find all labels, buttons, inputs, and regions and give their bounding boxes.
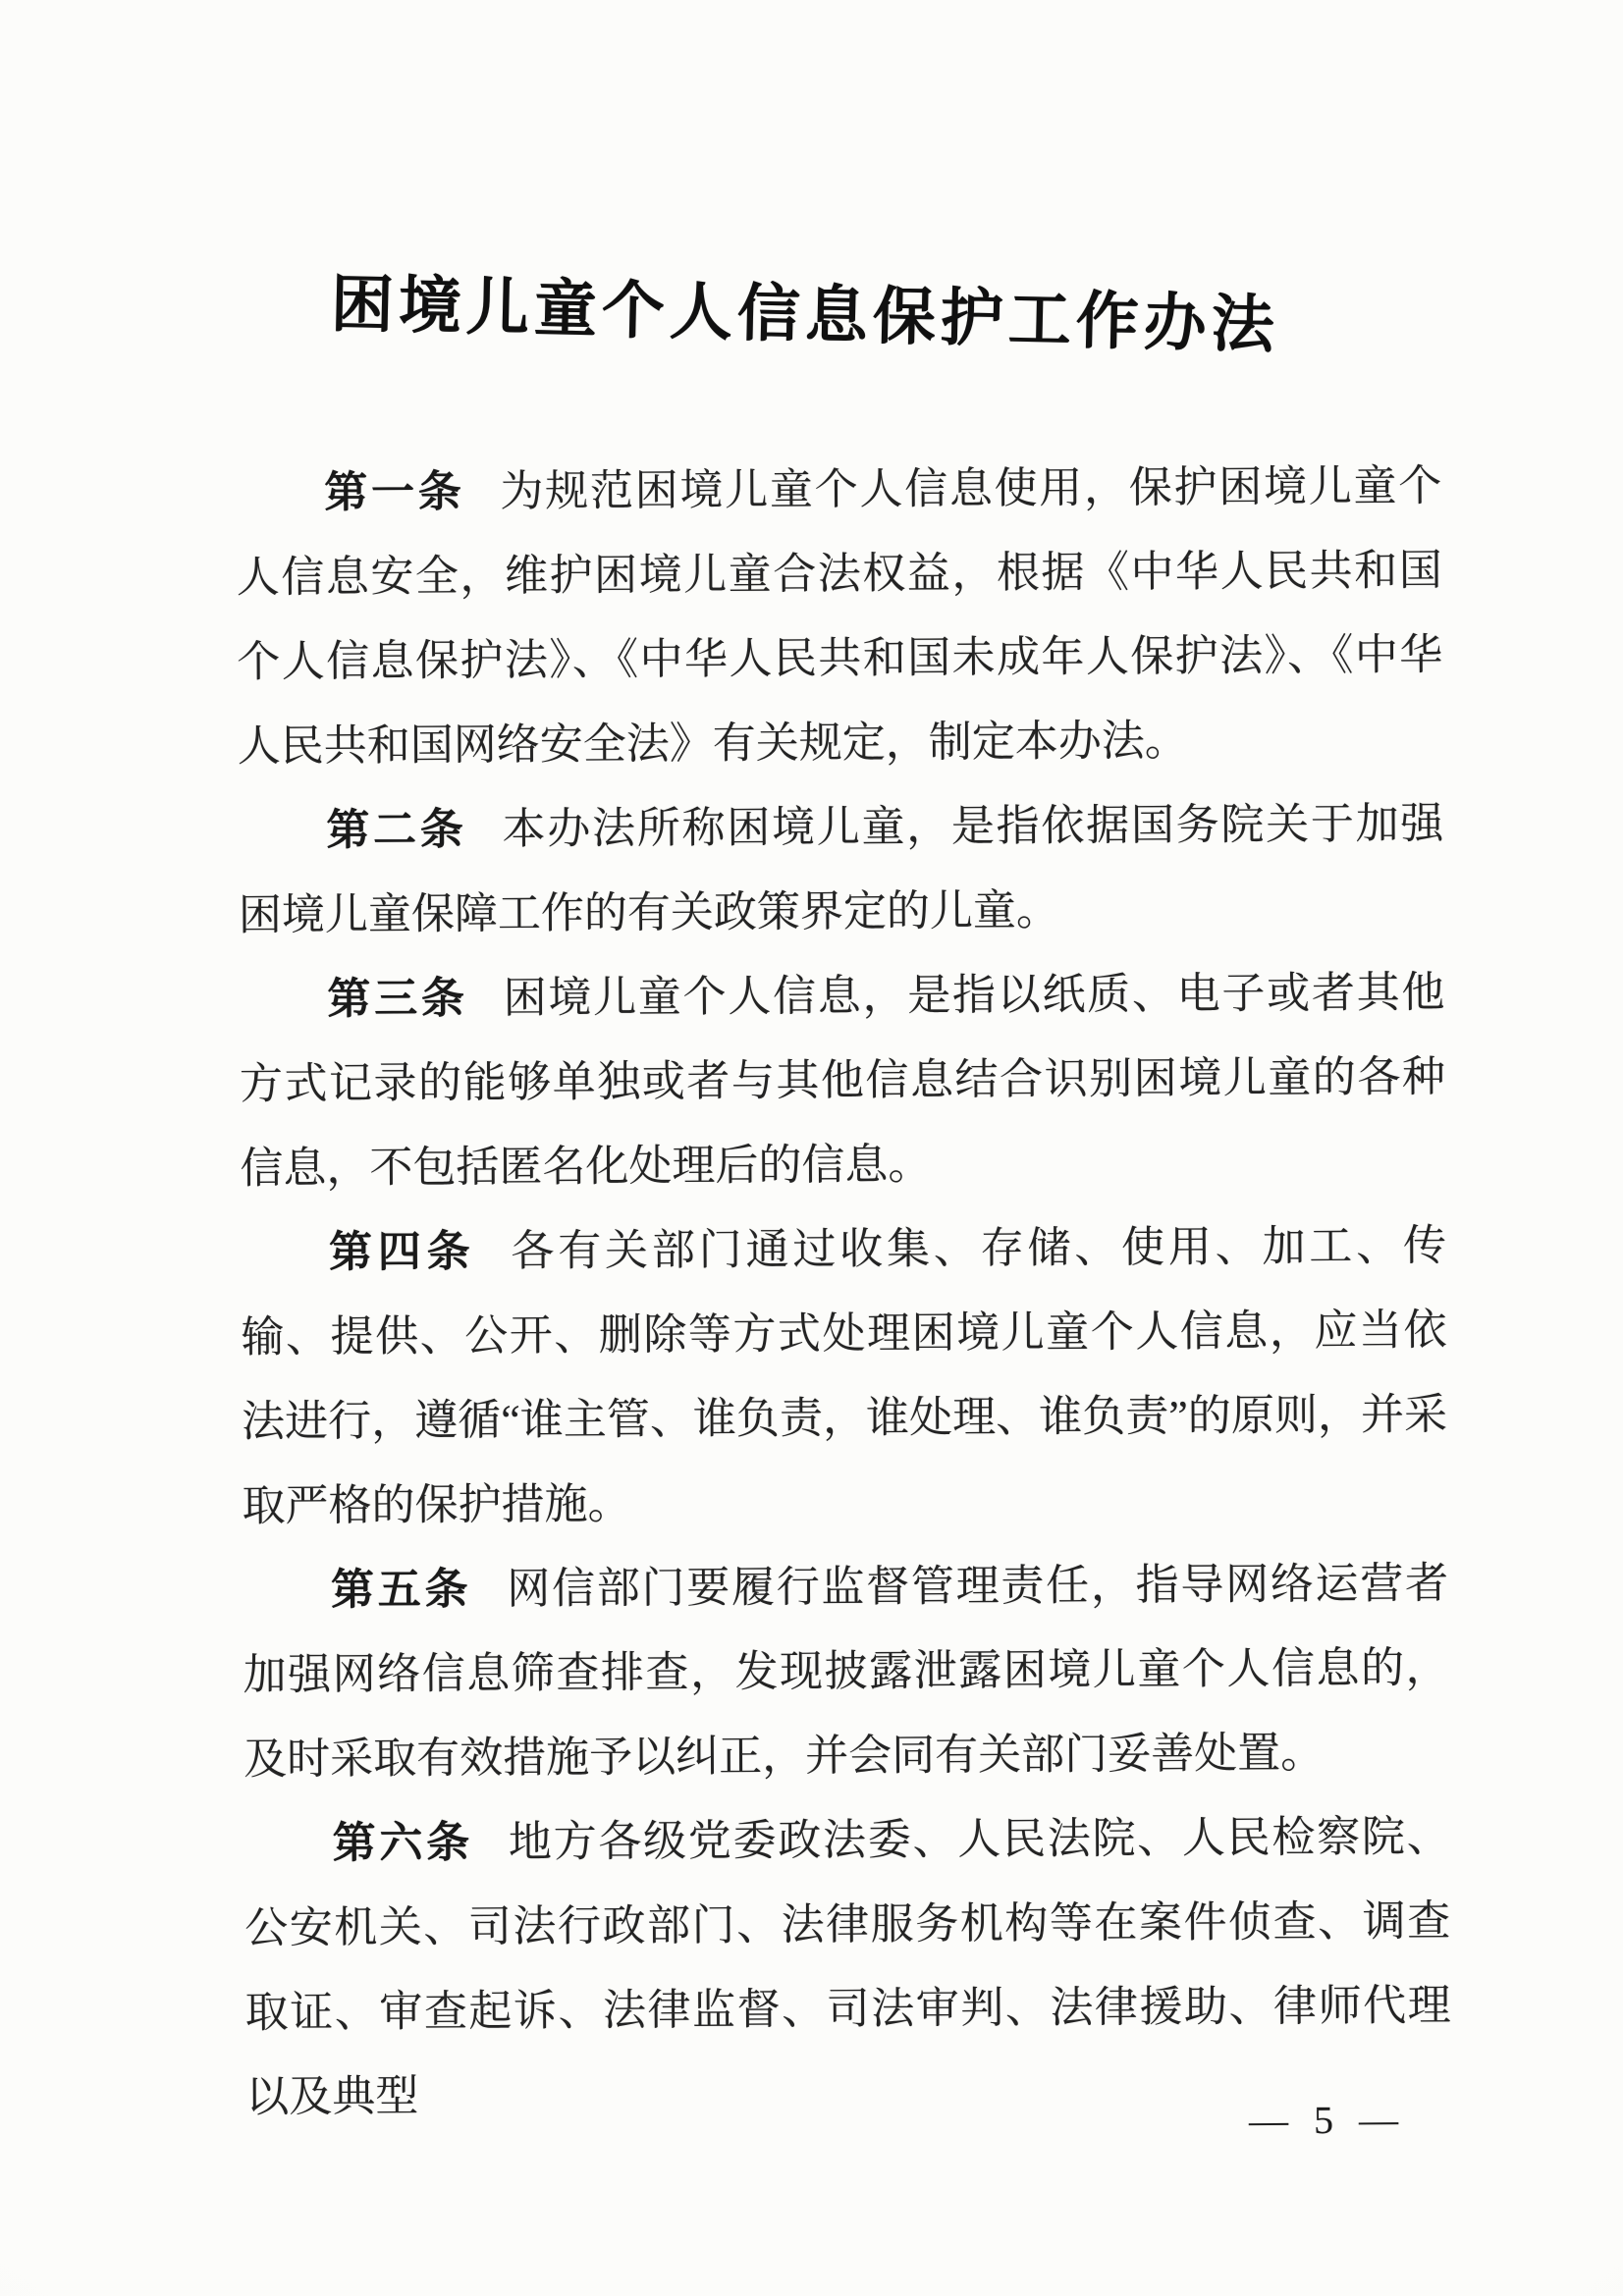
article-6: 第六条地方各级党委政法委、人民法院、人民检察院、公安机关、司法行政部门、法律服务… <box>243 1794 1451 2139</box>
article-2-label: 第二条 <box>326 806 467 855</box>
article-6-label: 第六条 <box>333 1819 474 1868</box>
article-1: 第一条为规范困境儿童个人信息使用，保护困境儿童个人信息安全，维护困境儿童合法权益… <box>236 444 1443 788</box>
article-3-label: 第三条 <box>327 975 468 1024</box>
page-number: — 5 — <box>1249 2096 1406 2144</box>
article-4-label: 第四条 <box>329 1228 476 1277</box>
document-title: 困境儿童个人信息保护工作办法 <box>235 253 1376 377</box>
article-4: 第四条各有关部门通过收集、存储、使用、加工、传输、提供、公开、删除等方式处理困境… <box>241 1203 1448 1548</box>
scanned-document-page: 困境儿童个人信息保护工作办法 第一条为规范困境儿童个人信息使用，保护困境儿童个人… <box>0 0 1623 2296</box>
article-5: 第五条网信部门要履行监督管理责任，指导网络运营者加强网络信息筛查排查，发现披露泄… <box>243 1541 1450 1801</box>
document-body: 第一条为规范困境儿童个人信息使用，保护困境儿童个人信息安全，维护困境儿童合法权益… <box>236 444 1451 2139</box>
article-1-label: 第一条 <box>324 468 465 517</box>
article-5-label: 第五条 <box>331 1566 472 1615</box>
article-3: 第三条困境儿童个人信息，是指以纸质、电子或者其他方式记录的能够单独或者与其他信息… <box>239 950 1446 1210</box>
article-2: 第二条本办法所称困境儿童，是指依据国务院关于加强困境儿童保障工作的有关政策界定的… <box>238 781 1444 957</box>
